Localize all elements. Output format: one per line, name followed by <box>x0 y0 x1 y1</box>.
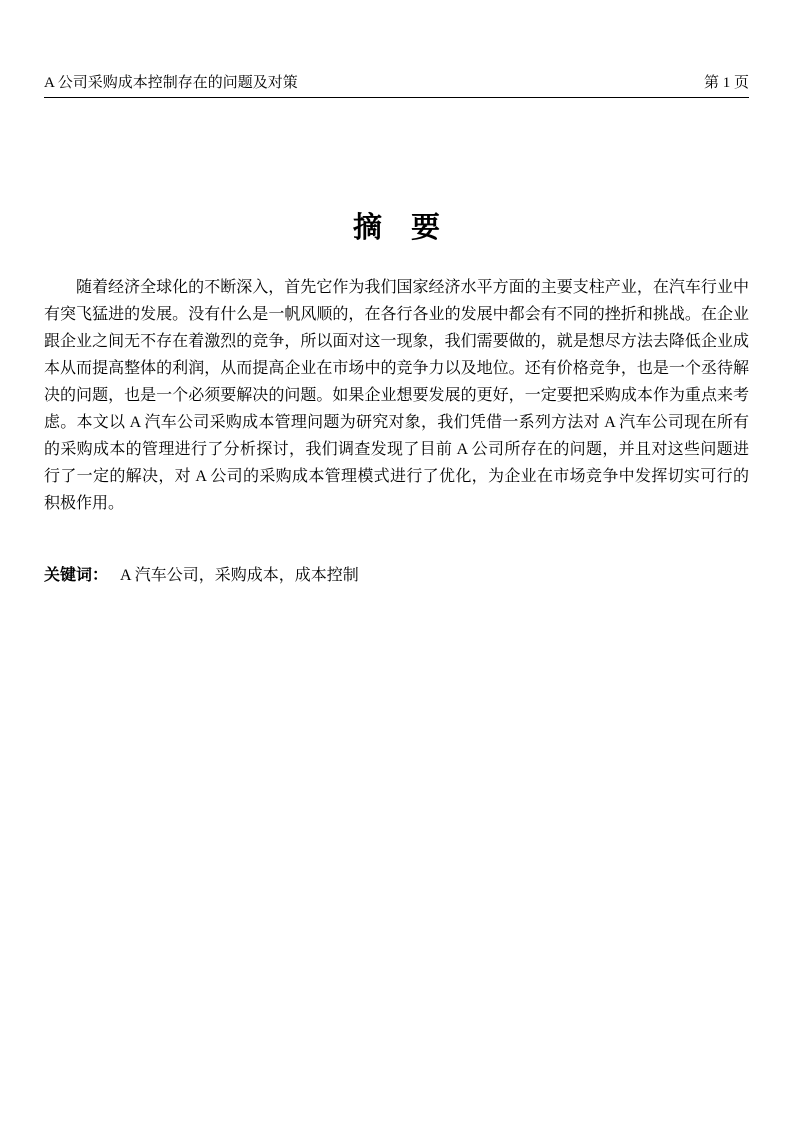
keywords-line: 关键词：A 汽车公司，采购成本，成本控制 <box>44 562 749 589</box>
keywords-value: A 汽车公司，采购成本，成本控制 <box>120 567 359 584</box>
keywords-label: 关键词： <box>44 567 108 584</box>
header-running-title: A 公司采购成本控制存在的问题及对策 <box>44 74 298 92</box>
header-page-number: 第 1 页 <box>704 74 749 92</box>
document-page: A 公司采购成本控制存在的问题及对策 第 1 页 摘 要 随着经济全球化的不断深… <box>0 0 793 1122</box>
abstract-paragraph: 随着经济全球化的不断深入，首先它作为我们国家经济水平方面的主要支柱产业，在汽车行… <box>44 274 749 517</box>
page-header: A 公司采购成本控制存在的问题及对策 第 1 页 <box>44 0 749 98</box>
abstract-title: 摘 要 <box>44 208 749 248</box>
